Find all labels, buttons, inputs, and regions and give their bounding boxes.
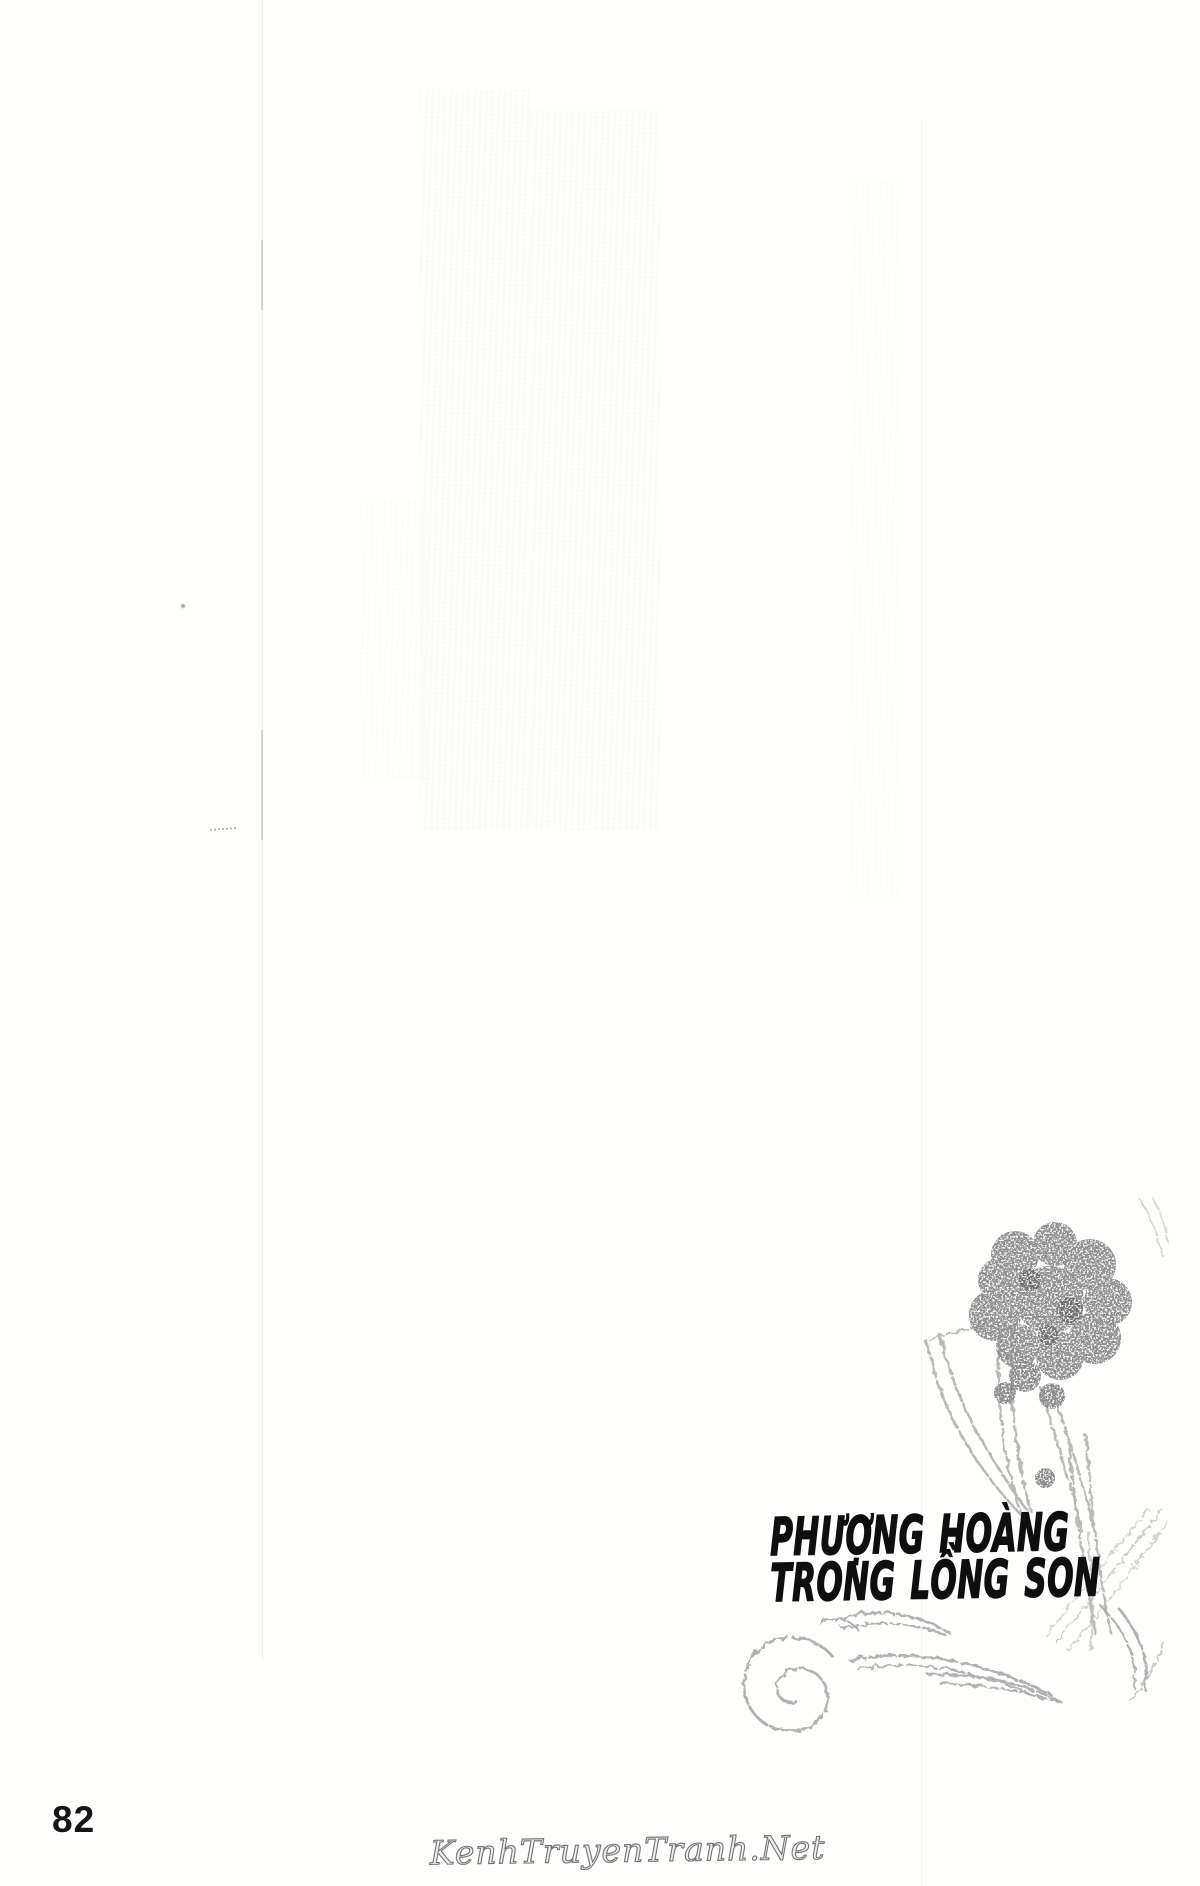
scan-artifact-segment	[261, 240, 263, 310]
scan-artifact-segment	[261, 730, 263, 840]
scan-noise-column	[850, 180, 900, 900]
scan-noise-column	[420, 90, 530, 830]
scan-noise-column	[530, 110, 660, 830]
flower-line-art-illustration	[700, 1180, 1170, 1760]
page-number: 82	[52, 1799, 95, 1841]
scan-artifact-line-left	[262, 0, 263, 1660]
manga-page: PHƯỢNG HOÀNG TRONG LỒNG SON 82 KenhTruye…	[0, 0, 1200, 1886]
scan-noise-column	[360, 500, 430, 780]
watermark: KenhTruyenTranh.Net	[430, 1829, 771, 1873]
chapter-title: PHƯỢNG HOÀNG TRONG LỒNG SON	[770, 1511, 1011, 1607]
scan-smudge	[210, 827, 236, 831]
scan-speck	[181, 604, 185, 608]
scroll-flourish-sketch	[744, 1605, 1162, 1731]
chapter-title-line2: TRONG LỒNG SON	[770, 1557, 1010, 1607]
peony-bloom	[969, 1222, 1132, 1488]
